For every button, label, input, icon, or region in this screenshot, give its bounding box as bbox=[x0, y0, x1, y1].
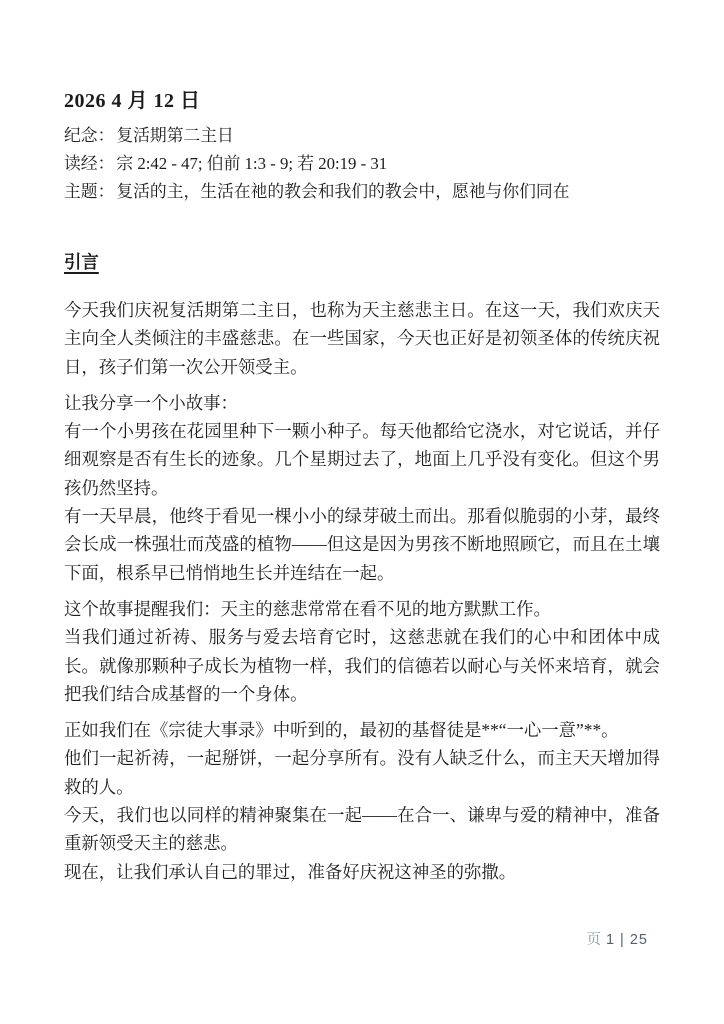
paragraph-line: 正如我们在《宗徒大事录》中听到的，最初的基督徒是**“一心一意”**。 bbox=[64, 716, 660, 744]
date-title: 2026 4 月 12 日 bbox=[64, 88, 660, 114]
paragraph-line: 现在，让我们承认自己的罪过，准备好庆祝这神圣的弥撒。 bbox=[64, 858, 660, 886]
paragraph-line: 这个故事提醒我们：天主的慈悲常常在看不见的地方默默工作。 bbox=[64, 595, 660, 623]
page-footer: 页1 | 25 bbox=[586, 930, 648, 950]
paragraph-line: 让我分享一个小故事： bbox=[64, 389, 660, 417]
paragraph-line: 有一个小男孩在花园里种下一颗小种子。每天他都给它浇水，对它说话，并仔细观察是否有… bbox=[64, 417, 660, 502]
meta-line-theme: 主题：复活的主，生活在祂的教会和我们的教会中，愿祂与你们同在 bbox=[64, 178, 660, 206]
document-content: 2026 4 月 12 日 纪念：复活期第二主日 读经：宗 2:42 - 47;… bbox=[64, 0, 660, 886]
paragraph-line: 有一天早晨，他终于看见一棵小小的绿芽破土而出。那看似脆弱的小芽，最终会长成一株强… bbox=[64, 502, 660, 587]
meta-value: 复活的主，生活在祂的教会和我们的教会中，愿祂与你们同在 bbox=[116, 182, 569, 201]
page-number: 1 | 25 bbox=[606, 932, 648, 948]
paragraph-line: 今天我们庆祝复活期第二主日，也称为天主慈悲主日。在这一天，我们欢庆天主向全人类倾… bbox=[64, 296, 660, 381]
meta-label: 读经： bbox=[64, 154, 114, 173]
section-heading-text: 引言 bbox=[64, 252, 99, 272]
paragraph-line: 他们一起祈祷，一起掰饼，一起分享所有。没有人缺乏什么，而主天天增加得救的人。 bbox=[64, 744, 660, 801]
body-paragraphs: 今天我们庆祝复活期第二主日，也称为天主慈悲主日。在这一天，我们欢庆天主向全人类倾… bbox=[64, 296, 660, 886]
meta-value: 宗 2:42 - 47; 伯前 1:3 - 9; 若 20:19 - 31 bbox=[116, 154, 387, 173]
page-label: 页 bbox=[586, 932, 601, 948]
section-heading-introduction: 引言 bbox=[64, 248, 660, 276]
meta-label: 主题： bbox=[64, 182, 114, 201]
meta-line-commemoration: 纪念：复活期第二主日 bbox=[64, 122, 660, 150]
paragraph: 这个故事提醒我们：天主的慈悲常常在看不见的地方默默工作。当我们通过祈祷、服务与爱… bbox=[64, 595, 660, 708]
paragraph: 让我分享一个小故事：有一个小男孩在花园里种下一颗小种子。每天他都给它浇水，对它说… bbox=[64, 389, 660, 587]
meta-line-readings: 读经：宗 2:42 - 47; 伯前 1:3 - 9; 若 20:19 - 31 bbox=[64, 150, 660, 178]
document-page: 2026 4 月 12 日 纪念：复活期第二主日 读经：宗 2:42 - 47;… bbox=[0, 0, 724, 1024]
paragraph: 今天我们庆祝复活期第二主日，也称为天主慈悲主日。在这一天，我们欢庆天主向全人类倾… bbox=[64, 296, 660, 381]
paragraph-line: 当我们通过祈祷、服务与爱去培育它时，这慈悲就在我们的心中和团体中成长。就像那颗种… bbox=[64, 623, 660, 708]
paragraph-line: 今天，我们也以同样的精神聚集在一起——在合一、谦卑与爱的精神中，准备重新领受天主… bbox=[64, 801, 660, 858]
meta-label: 纪念： bbox=[64, 126, 114, 145]
paragraph: 正如我们在《宗徒大事录》中听到的，最初的基督徒是**“一心一意”**。他们一起祈… bbox=[64, 716, 660, 886]
meta-block: 纪念：复活期第二主日 读经：宗 2:42 - 47; 伯前 1:3 - 9; 若… bbox=[64, 122, 660, 206]
meta-value: 复活期第二主日 bbox=[116, 126, 233, 145]
